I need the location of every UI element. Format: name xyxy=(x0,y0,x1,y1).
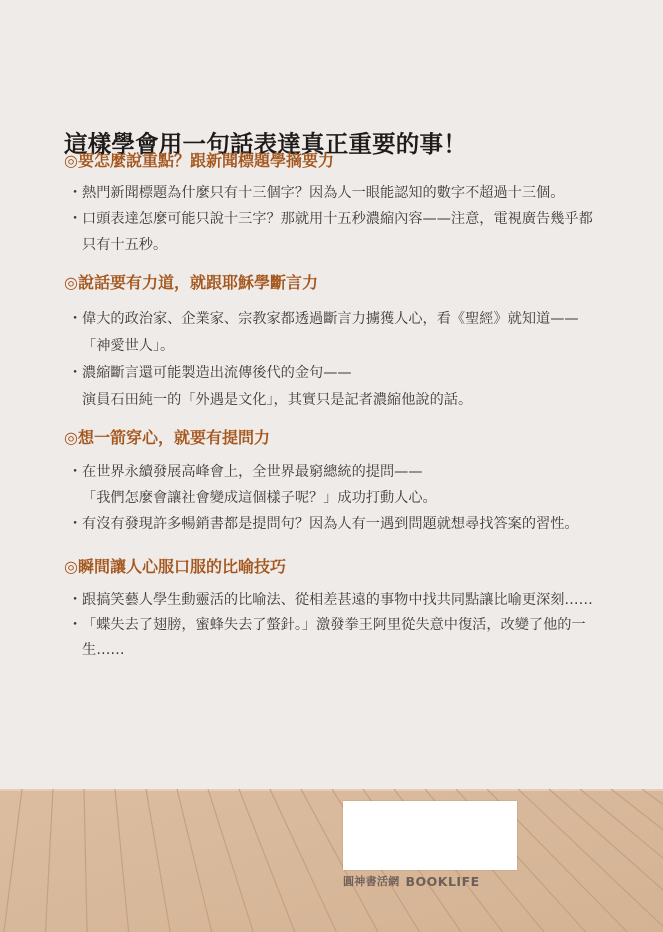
bullet-text-continued: 只有十五秒。 xyxy=(82,232,604,258)
publisher-name-zh: 圓神書活網 xyxy=(343,873,400,889)
bullet-list: ・ 跟搞笑藝人學生動靈活的比喻法、從相差甚遠的事物中找共同點讓比喻更深刻…… ・… xyxy=(64,588,604,663)
section-metaphor: ◎瞬間讓人心服口服的比喻技巧 ・ 跟搞笑藝人學生動靈活的比喻法、從相差甚遠的事物… xyxy=(64,556,604,663)
section-heading: ◎說話要有力道，就跟耶穌學斷言力 xyxy=(64,272,604,294)
bullet-text: 口頭表達怎麼可能只說十三字？那就用十五秒濃縮內容——注意，電視廣告幾乎都 xyxy=(82,206,604,232)
list-item: ・ 口頭表達怎麼可能只說十三字？那就用十五秒濃縮內容——注意，電視廣告幾乎都 只… xyxy=(64,206,604,258)
bullet-text: 有沒有發現許多暢銷書都是提問句？因為人有一遇到問題就想尋找答案的習性。 xyxy=(82,511,604,537)
list-item: ・ 「蝶失去了翅膀，蜜蜂失去了螫針。」激發拳王阿里從失意中復活，改變了他的一 生… xyxy=(64,613,604,663)
back-cover-upper: 這樣學會用一句話表達真正重要的事！ ◎要怎麼說重點？跟新聞標題學摘要力 ・ 熱門… xyxy=(0,0,663,789)
list-item: ・ 熱門新聞標題為什麼只有十三個字？因為人一眼能認知的數字不超過十三個。 xyxy=(64,180,604,206)
list-item: ・ 跟搞笑藝人學生動靈活的比喻法、從相差甚遠的事物中找共同點讓比喻更深刻…… xyxy=(64,588,604,613)
section-heading: ◎要怎麼說重點？跟新聞標題學摘要力 xyxy=(64,150,604,172)
bullet-dot-icon: ・ xyxy=(68,180,82,206)
list-item: ・ 偉大的政治家、企業家、宗教家都透過斷言力擄獲人心，看《聖經》就知道—— 「神… xyxy=(64,306,604,360)
list-item: ・ 濃縮斷言還可能製造出流傳後代的金句—— 演員石田純一的「外遇是文化」，其實只… xyxy=(64,360,604,414)
bullet-text-continued: 演員石田純一的「外遇是文化」，其實只是記者濃縮他說的話。 xyxy=(82,387,604,414)
bullet-dot-icon: ・ xyxy=(68,511,82,537)
wood-floor-illustration xyxy=(0,789,663,932)
section-heading: ◎瞬間讓人心服口服的比喻技巧 xyxy=(64,556,604,578)
bullet-text: 偉大的政治家、企業家、宗教家都透過斷言力擄獲人心，看《聖經》就知道—— xyxy=(82,306,604,333)
bullet-text: 濃縮斷言還可能製造出流傳後代的金句—— xyxy=(82,360,604,387)
bullet-list: ・ 偉大的政治家、企業家、宗教家都透過斷言力擄獲人心，看《聖經》就知道—— 「神… xyxy=(64,306,604,414)
list-item: ・ 有沒有發現許多暢銷書都是提問句？因為人有一遇到問題就想尋找答案的習性。 xyxy=(64,511,604,537)
bullet-list: ・ 在世界永續發展高峰會上，全世界最窮總統的提問—— 「我們怎麼會讓社會變成這個… xyxy=(64,459,604,537)
section-summary: ◎要怎麼說重點？跟新聞標題學摘要力 ・ 熱門新聞標題為什麼只有十三個字？因為人一… xyxy=(64,150,604,258)
publisher-logo: 圓神書活網 BOOKLIFE xyxy=(343,872,480,890)
bullet-dot-icon: ・ xyxy=(68,206,82,232)
list-item: ・ 在世界永續發展高峰會上，全世界最窮總統的提問—— 「我們怎麼會讓社會變成這個… xyxy=(64,459,604,511)
bullet-text-continued: 「我們怎麼會讓社會變成這個樣子呢？」成功打動人心。 xyxy=(82,485,604,511)
section-assertion: ◎說話要有力道，就跟耶穌學斷言力 ・ 偉大的政治家、企業家、宗教家都透過斷言力擄… xyxy=(64,272,604,414)
bullet-text: 在世界永續發展高峰會上，全世界最窮總統的提問—— xyxy=(82,459,604,485)
bullet-text: 熱門新聞標題為什麼只有十三個字？因為人一眼能認知的數字不超過十三個。 xyxy=(82,180,604,206)
section-heading: ◎想一箭穿心，就要有提問力 xyxy=(64,427,604,449)
wood-planks-graphic xyxy=(0,789,663,932)
bullet-text: 跟搞笑藝人學生動靈活的比喻法、從相差甚遠的事物中找共同點讓比喻更深刻…… xyxy=(82,588,604,613)
bullet-text-continued: 「神愛世人」。 xyxy=(82,333,604,360)
bullet-text: 「蝶失去了翅膀，蜜蜂失去了螫針。」激發拳王阿里從失意中復活，改變了他的一 xyxy=(82,613,604,638)
bullet-text-continued: 生…… xyxy=(82,638,604,663)
bullet-dot-icon: ・ xyxy=(68,459,82,485)
publisher-name-en: BOOKLIFE xyxy=(406,874,480,889)
section-questioning: ◎想一箭穿心，就要有提問力 ・ 在世界永續發展高峰會上，全世界最窮總統的提問——… xyxy=(64,427,604,537)
bullet-list: ・ 熱門新聞標題為什麼只有十三個字？因為人一眼能認知的數字不超過十三個。 ・ 口… xyxy=(64,180,604,258)
bullet-dot-icon: ・ xyxy=(68,588,82,613)
bullet-dot-icon: ・ xyxy=(68,360,82,387)
barcode-placeholder xyxy=(343,801,517,870)
bullet-dot-icon: ・ xyxy=(68,306,82,333)
bullet-dot-icon: ・ xyxy=(68,613,82,638)
